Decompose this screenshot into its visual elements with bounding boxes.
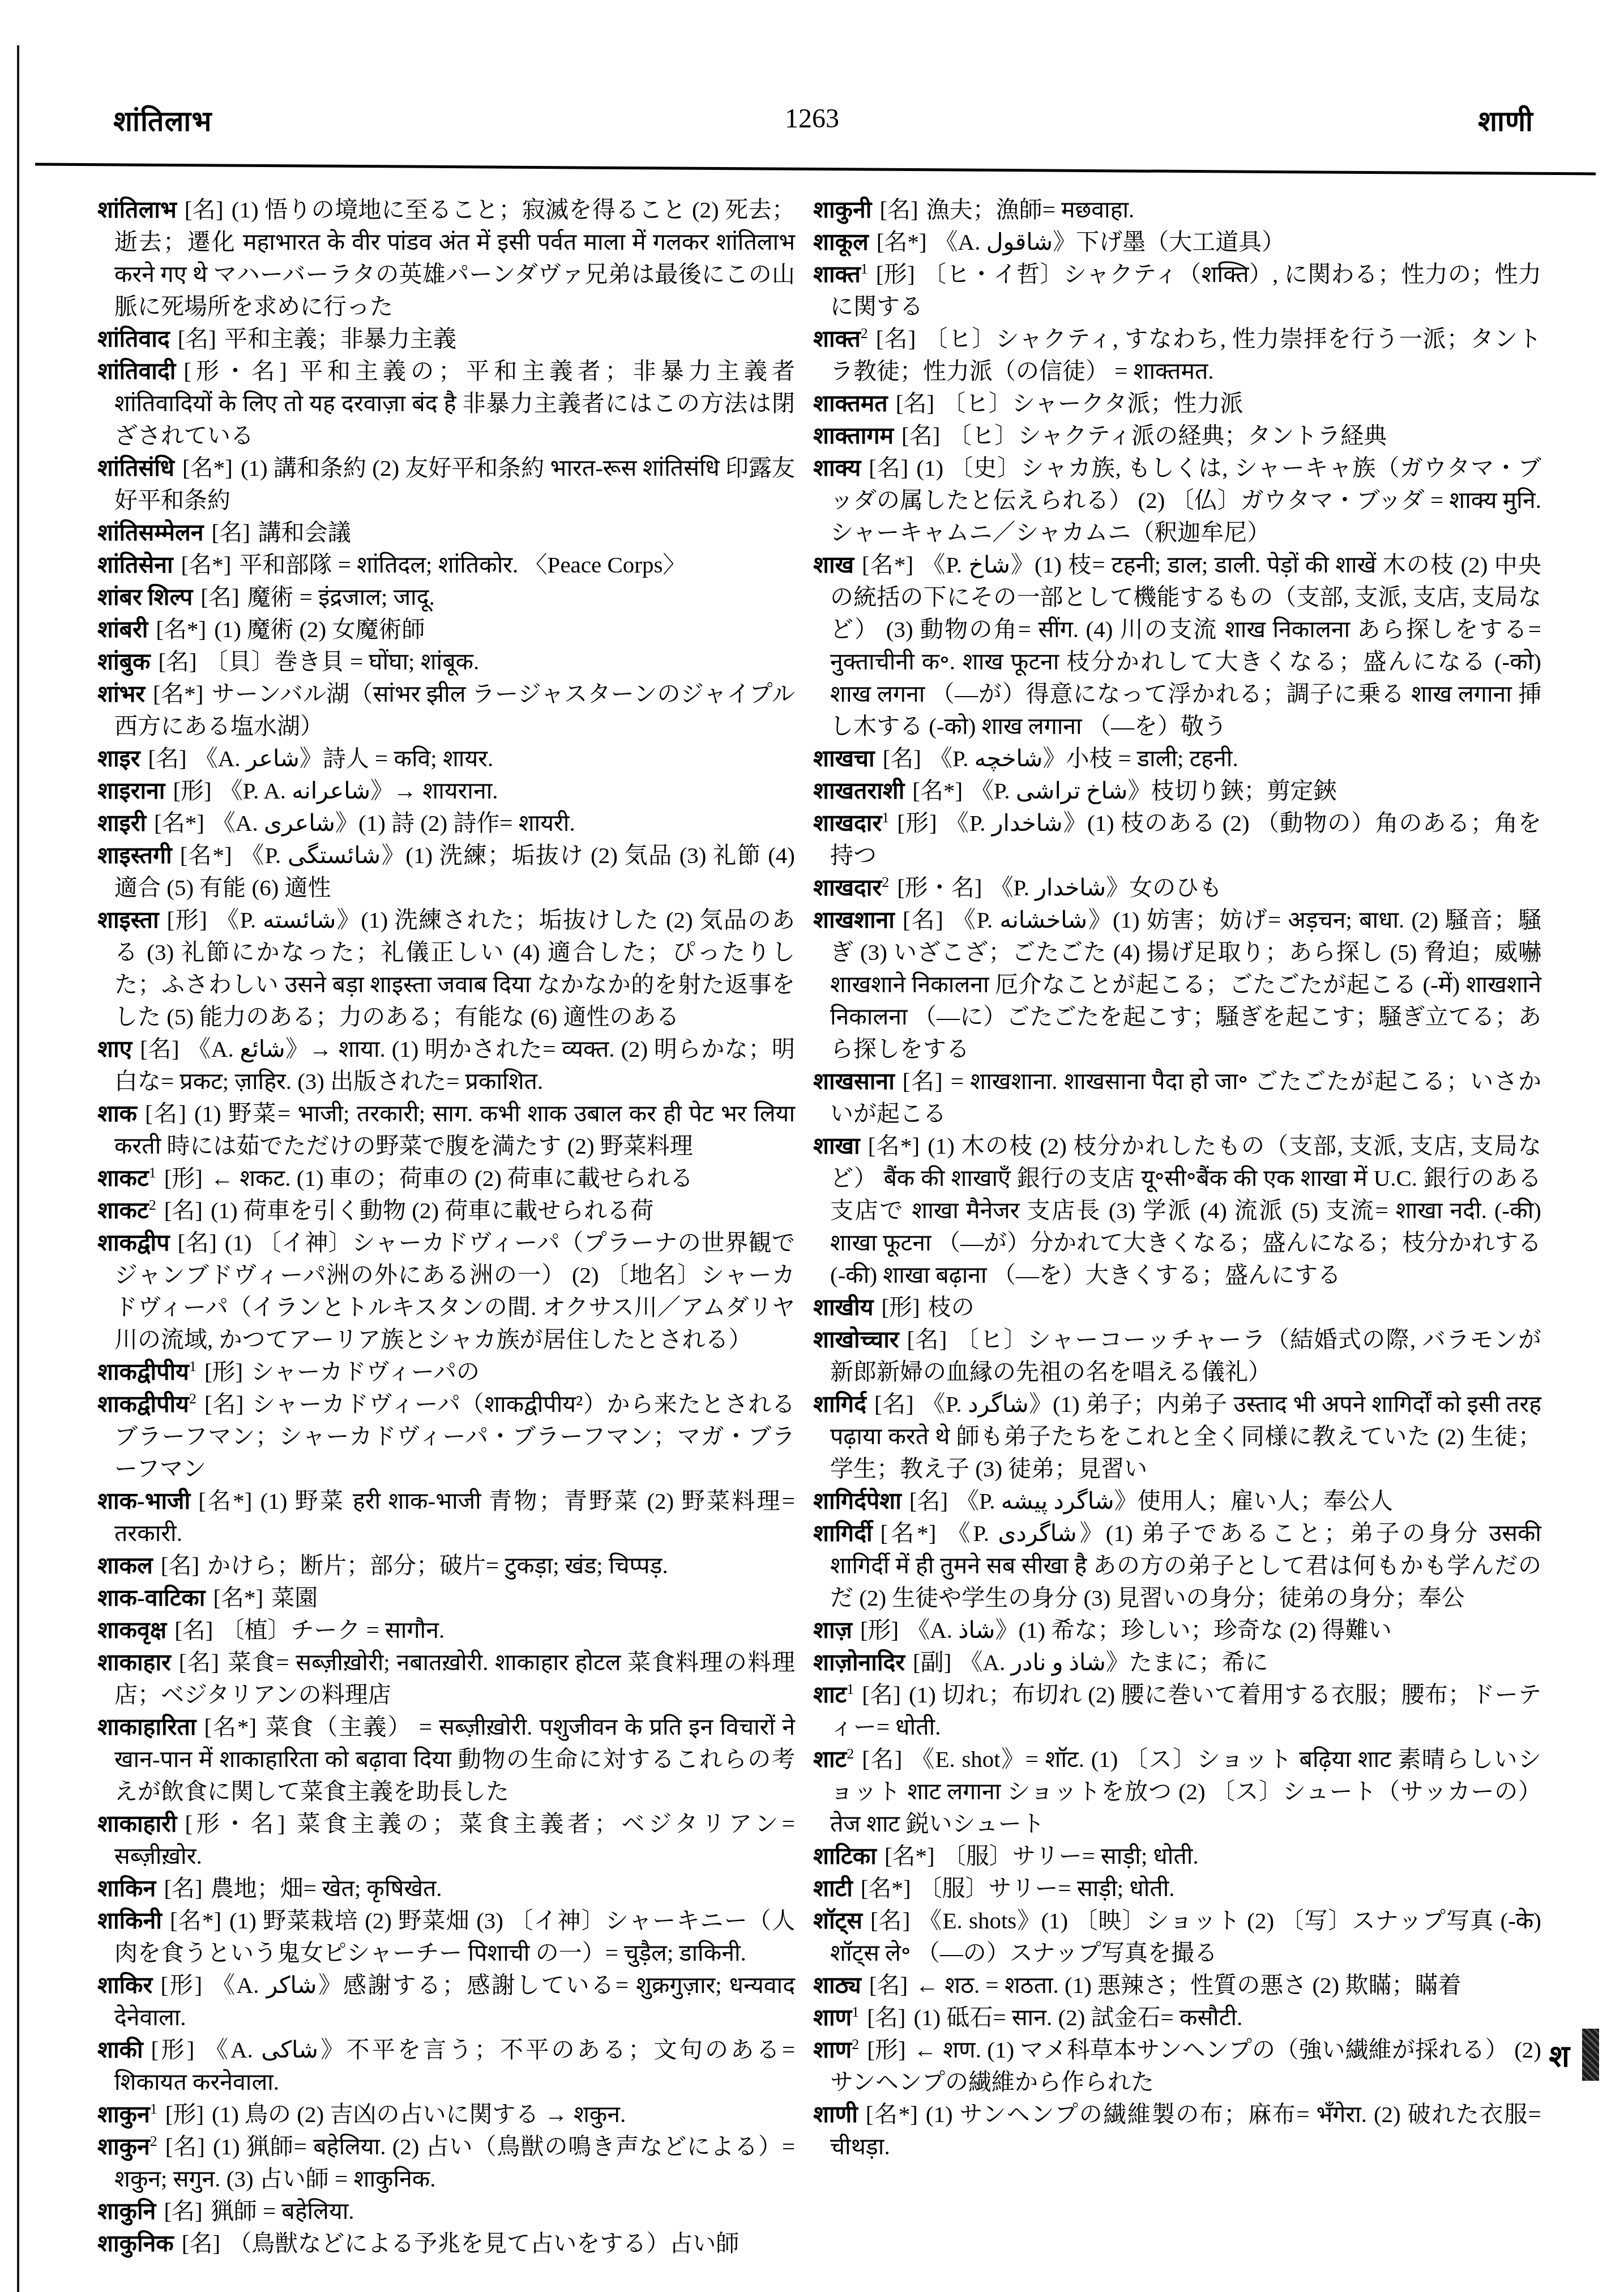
entry-headword: शाक्य — [813, 455, 861, 481]
entry-body: 《P. شاخدار》女のひも — [990, 874, 1223, 900]
dictionary-entry: शाखदार2[形・名]《P. شاخدار》女のひも — [813, 872, 1541, 904]
entry-body: 魔術 = इंद्रजाल; जादू. — [247, 584, 435, 610]
entry-pos-tag: [名] — [178, 326, 216, 352]
entry-pos-tag: [名] — [903, 907, 943, 933]
entry-body: 《A. شاذ》(1) 希な；珍しい；珍奇な (2) 得難い — [907, 1617, 1392, 1643]
entry-headword: शाकाहारी — [97, 1811, 177, 1837]
entry-headword: शॉट्स — [813, 1907, 862, 1934]
page-edge-line — [17, 45, 19, 2292]
dictionary-entry: शाइरी[名*]《A. شاعرى》(1) 詩 (2) 詩作= शायरी. — [97, 807, 795, 839]
entry-pos-tag: [名*] — [862, 552, 913, 578]
entry-headword: शाकद्वीपीय — [97, 1359, 189, 1385]
entry-pos-tag: [名] — [909, 1488, 948, 1514]
entry-headword: शाइराना — [97, 778, 165, 804]
entry-pos-tag: [名*] — [153, 681, 203, 707]
entry-body: （鳥獣などによる予兆を見て占いをする）占い師 — [228, 2230, 739, 2256]
dictionary-entry: शॉट्स[名]《E. shots》(1) 〔映〕ショット (2) 〔写〕スナッ… — [813, 1905, 1541, 1969]
entry-headword: शाइस्ता — [97, 907, 159, 933]
entry-superscript: 1 — [847, 1681, 854, 1697]
entry-body: ← शठ. = शठता. (1) 悪辣さ；性質の悪さ (2) 欺瞞；瞞着 — [916, 1972, 1461, 1998]
entry-pos-tag: [名*] — [154, 810, 204, 836]
entry-pos-tag: [形] — [204, 1359, 243, 1385]
thumb-index-letter: श — [1549, 2034, 1570, 2076]
entry-headword: शाटी — [813, 1875, 853, 1901]
entry-headword: शाटिका — [813, 1843, 877, 1869]
entry-headword: शाकिन — [97, 1875, 156, 1901]
entry-body: 《P. شاگرد》(1) 弟子；内弟子 उस्ताद भी अपने शागि… — [830, 1391, 1541, 1482]
entry-headword: शाकाहारिता — [97, 1714, 196, 1740]
entry-headword: शाखशाना — [813, 907, 895, 933]
entry-body: 〔植〕チーク = सागौन. — [221, 1617, 445, 1643]
entry-headword: शाखचा — [813, 745, 875, 771]
dictionary-entry: शांतिसंधि[名*](1) 講和条約 (2) 友好平和条約 भारत-रू… — [97, 452, 795, 517]
entry-headword: शाक-भाजी — [97, 1488, 190, 1514]
entry-headword: शाकूल — [813, 229, 869, 255]
dictionary-entry: शाखतराशी[名*]《P. شاخ تراشى》枝切り鋏；剪定鋏 — [813, 775, 1541, 807]
entry-body: 《A. شاكى》不平を言う；不平のある；文句のある= शिकायत करनेव… — [114, 2037, 795, 2095]
entry-headword: शाट — [813, 1746, 847, 1772]
entry-pos-tag: [形] — [167, 907, 207, 933]
entry-headword: शाखोच्चार — [813, 1326, 899, 1352]
entry-pos-tag: [名*] — [181, 552, 232, 578]
entry-headword: शाइर — [97, 745, 140, 771]
dictionary-entry: शाकवृक्ष[名]〔植〕チーク = सागौन. — [97, 1614, 795, 1646]
dictionary-entry: शाइराना[形]《P. A. شاعرانه》→ शायराना. — [97, 775, 795, 807]
entry-pos-tag: [名] — [896, 390, 934, 416]
entry-pos-tag: [名] — [862, 1746, 902, 1772]
dictionary-entry: शाकिर[形]《A. شاكر》感謝する；感謝している= शुक्रगुज़ा… — [97, 1969, 795, 2034]
entry-pos-tag: [名] — [901, 422, 940, 449]
entry-body: 《P. شاگردى》(1) 弟子であること；弟子の身分 उसकी शागिर्… — [830, 1520, 1541, 1611]
entry-pos-tag: [名] — [140, 1036, 180, 1062]
entry-pos-tag: [名] — [164, 1875, 202, 1901]
entry-headword: शांबरी — [97, 616, 148, 642]
entry-body: サーンバル湖（सांभर झील ラージャスターンのジャイプル西方にある塩水湖） — [114, 681, 795, 739]
dictionary-entry: शांबरी[名*](1) 魔術 (2) 女魔術師 — [97, 613, 795, 646]
dictionary-entry: शाक[名](1) 野菜= भाजी; तरकारी; साग. कभी शाक… — [97, 1098, 795, 1162]
dictionary-entry: शांतिवाद[名]平和主義；非暴力主義 — [97, 323, 795, 355]
entry-headword: शाणी — [813, 2101, 858, 2127]
entry-pos-tag: [名] — [200, 584, 239, 610]
entry-pos-tag: [名] — [145, 1100, 186, 1126]
entry-headword: शाज़ — [813, 1617, 852, 1643]
dictionary-entry: शाठ्य[名]← शठ. = शठता. (1) 悪辣さ；性質の悪さ (2) … — [813, 1969, 1541, 2001]
entry-superscript: 1 — [861, 261, 868, 277]
entry-pos-tag: [形] — [165, 2101, 204, 2127]
entry-pos-tag: [名*] — [180, 842, 232, 868]
entry-body: 《E. shot》= शॉट. (1) 〔ス〕ショット बढ़िया शाट 素… — [830, 1746, 1541, 1837]
entry-pos-tag: [形] — [860, 1617, 899, 1643]
dictionary-entry: शाकिनी[名*](1) 野菜栽培 (2) 野菜畑 (3) 〔イ神〕シャーキニ… — [97, 1905, 795, 1969]
dictionary-entry: शागिर्दपेशा[名]《P. شاگرد پیشه》使用人；雇い人；奉公人 — [813, 1485, 1541, 1517]
entry-pos-tag: [名*] — [861, 1875, 911, 1901]
entry-headword: शांबर शिल्प — [97, 584, 193, 610]
entry-body: 《P. شاخچه》小枝 = डाली; टहनी. — [929, 745, 1238, 771]
entry-pos-tag: [名] — [185, 197, 224, 223]
entry-superscript: 2 — [882, 874, 889, 890]
entry-headword: शाकुन — [97, 2101, 150, 2127]
dictionary-entry: शाकट2[名](1) 荷車を引く動物 (2) 荷車に載せられる荷 — [97, 1194, 795, 1227]
dictionary-entry: शाक्तागम[名]〔ヒ〕シャクティ派の経典；タントラ経典 — [813, 420, 1541, 452]
entry-headword: शांतिलाभ — [97, 197, 177, 223]
entry-headword: शाकुन — [97, 2133, 150, 2159]
entry-body: (1) 鳥の (2) 吉凶の占いに関する → शकुन. — [212, 2101, 626, 2127]
entry-headword: शाकद्वीपीय — [97, 1391, 189, 1417]
dictionary-entry: शांतिसम्मेलन[名]講和会議 — [97, 517, 795, 549]
entry-headword: शागिर्द — [813, 1391, 866, 1417]
dictionary-entry: शांतिसेना[名*]平和部隊 = शांतिदल; शांतिकोर. 〈… — [97, 549, 795, 581]
entry-superscript: 2 — [861, 325, 868, 342]
entry-headword: शाकिर — [97, 1972, 152, 1998]
entry-pos-tag: [形・名] — [897, 874, 982, 900]
entry-headword: शाइरी — [97, 810, 146, 836]
entry-body: 《P. شاخ》(1) 枝= टहनी; डाल; डाली. पेड़ों क… — [830, 552, 1541, 739]
entry-headword: शाकुनी — [813, 197, 871, 223]
entry-body: 〔ヒ〕シャークタ派；性力派 — [942, 390, 1243, 416]
entry-body: 猟師 = बहेलिया. — [211, 2198, 354, 2224]
dictionary-entry: शांबुक[名]〔貝〕巻き貝 = घोंघा; शांबूक. — [97, 646, 795, 678]
entry-pos-tag: [形] — [173, 778, 211, 804]
entry-superscript: 1 — [149, 1164, 156, 1181]
guide-word-right: शाणी — [1478, 101, 1533, 139]
entry-body: 菜園 — [271, 1585, 318, 1611]
entry-headword: शाकद्वीप — [97, 1230, 169, 1256]
entry-pos-tag: [名*] — [868, 1133, 920, 1159]
entry-headword: शांबुक — [97, 648, 150, 675]
dictionary-entry: शाकुन1[形](1) 鳥の (2) 吉凶の占いに関する → शकुन. — [97, 2098, 795, 2131]
entry-pos-tag: [名] — [879, 197, 918, 223]
entry-pos-tag: [名*] — [912, 778, 963, 804]
dictionary-entry: शाइर[名]《A. شاعر》詩人 = कवि; शायर. — [97, 742, 795, 775]
entry-headword: शाखदार — [813, 874, 882, 900]
dictionary-entry: शाकाहारी[形・名]菜食主義の；菜食主義者；ベジタリアン= सब्ज़ीख… — [97, 1808, 795, 1872]
dictionary-entry: शांबर शिल्प[名]魔術 = इंद्रजाल; जादू. — [97, 581, 795, 613]
dictionary-entry: शाख[名*]《P. شاخ》(1) 枝= टहनी; डाल; डाली. प… — [813, 549, 1541, 742]
entry-body: 〔ヒ〕シャクティ派の経典；タントラ経典 — [948, 422, 1387, 449]
entry-body: 〔ヒ〕シャクティ, すなわち, 性力崇拝を行う一派；タントラ教徒；性力派（の信徒… — [830, 326, 1541, 384]
entry-body: 《P. شاگرد پیشه》使用人；雇い人；奉公人 — [956, 1488, 1393, 1514]
dictionary-entry: शाक्य[名](1) 〔史〕シャカ族, もしくは, シャーキャ族（ガウタマ・ブ… — [813, 452, 1541, 549]
entry-pos-tag: [名] — [179, 1649, 219, 1675]
dictionary-entry: शाखीय[形]枝の — [813, 1291, 1541, 1324]
entry-pos-tag: [名] — [182, 2230, 220, 2256]
entry-body: 《A. شاعرى》(1) 詩 (2) 詩作= शायरी. — [212, 810, 575, 836]
entry-pos-tag: [形] — [867, 2037, 906, 2063]
dictionary-entry: शाकद्वीप[名](1) 〔イ神〕シャーカドヴィーパ（プラーナの世界観でジャ… — [97, 1227, 795, 1356]
entry-superscript: 1 — [882, 809, 889, 826]
dictionary-entry: शाज़ोनादिर[副]《A. شاذ و نادر》たまに；希に — [813, 1646, 1541, 1679]
entry-pos-tag: [形] — [160, 1972, 202, 1998]
entry-superscript: 2 — [149, 1197, 156, 1213]
entry-body: 《P. شائسته》(1) 洗練された；垢抜けした (2) 気品のある (3)… — [114, 907, 795, 1030]
entry-pos-tag: [名*] — [877, 229, 927, 255]
entry-headword: शाण — [813, 2004, 852, 2030]
thumb-index-tab: श — [1549, 2029, 1599, 2081]
entry-body: 〔服〕サリー= साड़ी; धोती. — [919, 1875, 1175, 1901]
entry-pos-tag: [形] — [881, 1294, 920, 1320]
dictionary-entry: शाक्त2[名]〔ヒ〕シャクティ, すなわち, 性力崇拝を行う一派；タントラ教… — [813, 323, 1541, 387]
entry-headword: शाकुनि — [97, 2198, 156, 2224]
entry-pos-tag: [名*] — [866, 2101, 918, 2127]
dictionary-entry: शाकल[名]かけら；断片；部分；破片= टुकड़ा; खंड; चिप्पड… — [97, 1550, 795, 1582]
entry-body: 《A. شاعر》詩人 = कवि; शायर. — [195, 745, 494, 771]
entry-pos-tag: [名] — [883, 745, 921, 771]
dictionary-entry: शाक्तमत[名]〔ヒ〕シャークタ派；性力派 — [813, 387, 1541, 420]
dictionary-entry: शाकद्वीपीय2[名]シャーカドヴィーパ（शाकद्वीपीय²）から来た… — [97, 1388, 795, 1485]
entry-pos-tag: [形] — [897, 810, 937, 836]
dictionary-entry: शाणी[名*](1) サンヘンプの繊維製の布；麻布= भँगेरा. (2) … — [813, 2098, 1541, 2163]
entry-body: (1) 木の枝 (2) 枝分かれしたもの（支部, 支派, 支店, 支局など） ब… — [830, 1133, 1541, 1288]
entry-superscript: 1 — [189, 1358, 196, 1375]
entry-headword: शाकुनिक — [97, 2230, 174, 2256]
entry-headword: शाक — [97, 1100, 137, 1126]
dictionary-entry: शाखसाना[名]= शाखशाना. शाखसाना पैदा हो जा॰… — [813, 1065, 1541, 1130]
entry-body: 平和部隊 = शांतिदल; शांतिकोर. 〈Peace Corps〉 — [239, 552, 686, 578]
entry-body: 《P. A. شاعرانه》→ शायराना. — [220, 778, 498, 804]
dictionary-entry: शांतिवादी[形・名]平和主義の；平和主義者；非暴力主義者 शांतिवा… — [97, 355, 795, 452]
entry-pos-tag: [名] — [164, 1197, 203, 1223]
entry-headword: शाकल — [97, 1552, 153, 1578]
entry-headword: शाखा — [813, 1133, 860, 1159]
dictionary-entry: शाखा[名*](1) 木の枝 (2) 枝分かれしたもの（支部, 支派, 支店,… — [813, 1130, 1541, 1291]
entry-pos-tag: [副] — [913, 1649, 951, 1675]
entry-pos-tag: [名] — [870, 1907, 910, 1934]
entry-pos-tag: [名] — [174, 1617, 213, 1643]
entry-pos-tag: [名] — [161, 1552, 199, 1578]
entry-headword: शाक्तमत — [813, 390, 888, 416]
dictionary-entry: शाकुनि[名]猟師 = बहेलिया. — [97, 2195, 795, 2227]
dictionary-entry: शाण2[形]← शण. (1) マメ科草本サンヘンプの（強い繊維が採れる） (… — [813, 2034, 1541, 2098]
entry-headword: शाठ्य — [813, 1972, 861, 1998]
dictionary-entry: शाटिका[名*]〔服〕サリー= साड़ी; धोती. — [813, 1840, 1541, 1872]
thumb-index-block-icon — [1582, 2029, 1599, 2081]
dictionary-entry: शागिर्द[名]《P. شاگرد》(1) 弟子；内弟子 उस्ताद भी… — [813, 1388, 1541, 1485]
entry-pos-tag: [形・名] — [183, 358, 287, 384]
entry-body: 農地；畑= खेत; कृषिखेत. — [211, 1875, 442, 1901]
dictionary-entry: शाइस्ता[形]《P. شائسته》(1) 洗練された；垢抜けした (2)… — [97, 904, 795, 1033]
entry-headword: शाण — [813, 2037, 852, 2063]
entry-body: 講和会議 — [258, 519, 351, 545]
page-number: 1263 — [0, 103, 1624, 134]
entry-headword: शाइस्तगी — [97, 842, 172, 868]
entry-headword: शाख — [813, 552, 854, 578]
entry-pos-tag: [名*] — [156, 616, 206, 642]
entry-headword: शांतिवाद — [97, 326, 170, 352]
entry-pos-tag: [名] — [164, 2198, 202, 2224]
entry-headword: शांतिसम्मेलन — [97, 519, 204, 545]
dictionary-entry: शागिर्दी[名*]《P. شاگردى》(1) 弟子であること；弟子の身分… — [813, 1517, 1541, 1614]
entry-body: 《A. شاكر》感謝する；感謝している= शुक्रगुज़ार; धन्यव… — [114, 1972, 795, 2030]
entry-headword: शांतिसेना — [97, 552, 173, 578]
dictionary-entry: शांतिलाभ[名](1) 悟りの境地に至ること；寂滅を得ること (2) 死去… — [97, 194, 795, 323]
entry-pos-tag: [名] — [874, 1391, 914, 1417]
entry-body: (1) 砥石= सान. (2) 試金石= कसौटी. — [913, 2004, 1242, 2030]
entry-pos-tag: [名*] — [213, 1585, 263, 1611]
entry-pos-tag: [名] — [869, 455, 908, 481]
entry-headword: शाकिनी — [97, 1907, 162, 1934]
entry-headword: शाखतराशी — [813, 778, 904, 804]
entry-pos-tag: [名] — [862, 1681, 901, 1708]
entry-body: (1) 野菜= भाजी; तरकारी; साग. कभी शाक उबाल … — [114, 1100, 795, 1159]
entry-body: 《A. شاذ و نادر》たまに；希に — [959, 1649, 1268, 1675]
entry-pos-tag: [名*] — [204, 1714, 257, 1740]
entry-superscript: 2 — [150, 2133, 157, 2149]
entry-body: (1) 切れ；布切れ (2) 腰に巻いて着用する衣服；腰布；ドーティー= धोत… — [830, 1681, 1541, 1740]
entry-superscript: 2 — [189, 1390, 196, 1407]
dictionary-entry: शाकूल[名*]《A. شاقول》下げ墨（大工道具） — [813, 226, 1541, 258]
entry-pos-tag: [名*] — [198, 1488, 252, 1514]
entry-body: かけら；断片；部分；破片= टुकड़ा; खंड; चिप्पड़. — [207, 1552, 668, 1578]
dictionary-entry: शाखोच्चार[名]〔ヒ〕シャーコーッチャーラ（結婚式の際, バラモンが新郎… — [813, 1324, 1541, 1388]
entry-headword: शाक-वाटिका — [97, 1585, 205, 1611]
entry-pos-tag: [形] — [164, 1165, 203, 1191]
dictionary-entry: शाखचा[名]《P. شاخچه》小枝 = डाली; टहनी. — [813, 742, 1541, 775]
entry-pos-tag: [名] — [876, 326, 916, 352]
dictionary-entry: शाकुनिक[名]（鳥獣などによる予兆を見て占いをする）占い師 — [97, 2227, 795, 2260]
entry-headword: शाकी — [97, 2037, 143, 2063]
entry-headword: शाक्तागम — [813, 422, 894, 449]
dictionary-entry: शाइस्तगी[名*]《P. شائستگى》(1) 洗練；垢抜け (2) 気… — [97, 839, 795, 904]
entry-body: 《A. شاقول》下げ墨（大工道具） — [935, 229, 1285, 255]
dictionary-entry: शाट1[名](1) 切れ；布切れ (2) 腰に巻いて着用する衣服；腰布；ドーテ… — [813, 1679, 1541, 1743]
entry-pos-tag: [名] — [148, 745, 186, 771]
entry-body: 〔服〕サリー= साड़ी; धोती. — [943, 1843, 1199, 1869]
entry-body: (1) 魔術 (2) 女魔術師 — [214, 616, 425, 642]
entry-pos-tag: [名] — [165, 2133, 205, 2159]
entry-headword: शांभर — [97, 681, 145, 707]
dictionary-entry: शाखशाना[名]《P. شاخشانه》(1) 妨害；妨げ= अड़चन; … — [813, 904, 1541, 1065]
entry-pos-tag: [名] — [867, 2004, 905, 2030]
entry-pos-tag: [名] — [212, 519, 250, 545]
dictionary-entry: शाखदार1[形]《P. شاخدار》(1) 枝のある (2) （動物の）角… — [813, 807, 1541, 872]
entry-pos-tag: [名*] — [182, 455, 233, 481]
page-header: शांतिलाभ 1263 शाणी — [0, 101, 1624, 146]
dictionary-entry: शाकी[形]《A. شاكى》不平を言う；不平のある；文句のある= शिकाय… — [97, 2034, 795, 2098]
entry-body: 〔ヒ・イ哲〕シャクティ（शक्ति）, に関わる；性力の；性力に関する — [830, 261, 1541, 319]
entry-headword: शांतिसंधि — [97, 455, 174, 481]
entry-headword: शाकट — [97, 1197, 149, 1223]
dictionary-entry: शाटी[名*]〔服〕サリー= साड़ी; धोती. — [813, 1872, 1541, 1905]
entry-pos-tag: [名] — [158, 648, 196, 675]
entry-pos-tag: [名] — [907, 1326, 947, 1352]
column-left: शांतिलाभ[名](1) 悟りの境地に至ること；寂滅を得ること (2) 死去… — [97, 194, 795, 2260]
entry-superscript: 2 — [847, 1745, 854, 1762]
entry-headword: शांतिवादी — [97, 358, 176, 384]
entry-superscript: 1 — [150, 2101, 157, 2117]
entry-headword: शाए — [97, 1036, 132, 1062]
dictionary-entry: शाण1[名](1) 砥石= सान. (2) 試金石= कसौटी. — [813, 2001, 1541, 2034]
entry-headword: शाकाहार — [97, 1649, 171, 1675]
entry-headword: शाकवृक्ष — [97, 1617, 166, 1643]
dictionary-entry: शाक-भाजी[名*](1) 野菜 हरी शाक-भाजी 青物；青野菜 (… — [97, 1485, 795, 1550]
dictionary-entry: शाए[名]《A. شائع》→ शाया. (1) 明かされた= व्यक्त… — [97, 1033, 795, 1098]
entry-pos-tag: [形] — [876, 261, 915, 287]
entry-headword: शाक्त — [813, 261, 861, 287]
entry-headword: शाखदार — [813, 810, 882, 836]
entry-body: 《A. شائع》→ शाया. (1) 明かされた= व्यक्त. (2) … — [114, 1036, 795, 1094]
dictionary-entry: शाकाहार[名]菜食= सब्ज़ीख़ोरी; नबातख़ोरी. शा… — [97, 1646, 795, 1711]
dictionary-entry: शाकुन2[名](1) 猟師= बहेलिया. (2) 占い（鳥獣の鳴き声な… — [97, 2131, 795, 2195]
entry-headword: शाक्त — [813, 326, 861, 352]
entry-body: 漁夫；漁師= मछवाहा. — [926, 197, 1135, 223]
entry-headword: शाखीय — [813, 1294, 873, 1320]
dictionary-entry: शाकिन[名]農地；畑= खेत; कृषिखेत. — [97, 1872, 795, 1905]
entry-pos-tag: [名] — [177, 1230, 216, 1256]
entry-headword: शाज़ोनादिर — [813, 1649, 905, 1675]
entry-headword: शागिर्दपेशा — [813, 1488, 901, 1514]
dictionary-entry: शाट2[名]《E. shot》= शॉट. (1) 〔ス〕ショット बढ़िय… — [813, 1743, 1541, 1840]
entry-pos-tag: [名*] — [170, 1907, 221, 1934]
dictionary-entry: शांभर[名*]サーンバル湖（सांभर झील ラージャスターンのジャイプル… — [97, 678, 795, 742]
entry-body: 《P. شاخ تراشى》枝切り鋏；剪定鋏 — [971, 778, 1336, 804]
header-rule — [35, 163, 1596, 176]
entry-body: (1) 〔史〕シャカ族, もしくは, シャーキャ族（ガウタマ・ブッダの属したと伝… — [830, 455, 1541, 545]
dictionary-entry: शाक्त1[形]〔ヒ・イ哲〕シャクティ（शक्ति）, に関わる；性力の；性力… — [813, 258, 1541, 323]
entry-body: (1) 荷車を引く動物 (2) 荷車に載せられる荷 — [211, 1197, 653, 1223]
entry-headword: शाकट — [97, 1165, 149, 1191]
entry-body: 枝の — [928, 1294, 975, 1320]
entry-pos-tag: [名] — [204, 1391, 244, 1417]
entry-pos-tag: [形] — [151, 2037, 195, 2063]
entry-body: シャーカドヴィーパの — [251, 1359, 480, 1385]
dictionary-entry: शाकाहारिता[名*]菜食（主義） = सब्ज़ीख़ोरी. पशुज… — [97, 1711, 795, 1808]
column-right: शाकुनी[名]漁夫；漁師= मछवाहा. शाकूल[名*]《A. شاق… — [813, 194, 1541, 2163]
dictionary-entry: शाकुनी[名]漁夫；漁師= मछवाहा. — [813, 194, 1541, 226]
entry-headword: शाखसाना — [813, 1068, 895, 1094]
entry-pos-tag: [名] — [869, 1972, 908, 1998]
dictionary-entry: शाज़[形]《A. شاذ》(1) 希な；珍しい；珍奇な (2) 得難い — [813, 1614, 1541, 1646]
dictionary-entry: शाकट1[形]← शकट. (1) 車の；荷車の (2) 荷車に載せられる — [97, 1162, 795, 1194]
entry-body: ← शण. (1) マメ科草本サンヘンプの（強い繊維が採れる） (2) サンヘン… — [830, 2037, 1541, 2095]
entry-pos-tag: [形・名] — [185, 1811, 285, 1837]
entry-body: (1) サンヘンプの繊維製の布；麻布= भँगेरा. (2) 破れた衣服= च… — [830, 2101, 1541, 2159]
entry-pos-tag: [名*] — [884, 1843, 935, 1869]
entry-pos-tag: [名] — [903, 1068, 943, 1094]
dictionary-entry: शाक-वाटिका[名*]菜園 — [97, 1582, 795, 1614]
entry-body: 《E. shots》(1) 〔映〕ショット (2) 〔写〕スナップ写真 (-के… — [830, 1907, 1541, 1966]
entry-superscript: 2 — [852, 2036, 859, 2052]
dictionary-entry: शाकद्वीपीय1[形]シャーカドヴィーパの — [97, 1356, 795, 1388]
entry-headword: शागिर्दी — [813, 1520, 873, 1546]
entry-superscript: 1 — [852, 2004, 859, 2020]
entry-headword: शाट — [813, 1681, 847, 1708]
entry-body: ← शकट. (1) 車の；荷車の (2) 荷車に載せられる — [211, 1165, 693, 1191]
entry-body: 〔貝〕巻き貝 = घोंघा; शांबूक. — [205, 648, 480, 675]
entry-pos-tag: [名*] — [881, 1520, 937, 1546]
entry-body: 平和主義；非暴力主義 — [224, 326, 456, 352]
entry-body: (1) 猟師= बहेलिया. (2) 占い（鳥獣の鳴き声などによる）= शक… — [114, 2133, 795, 2192]
